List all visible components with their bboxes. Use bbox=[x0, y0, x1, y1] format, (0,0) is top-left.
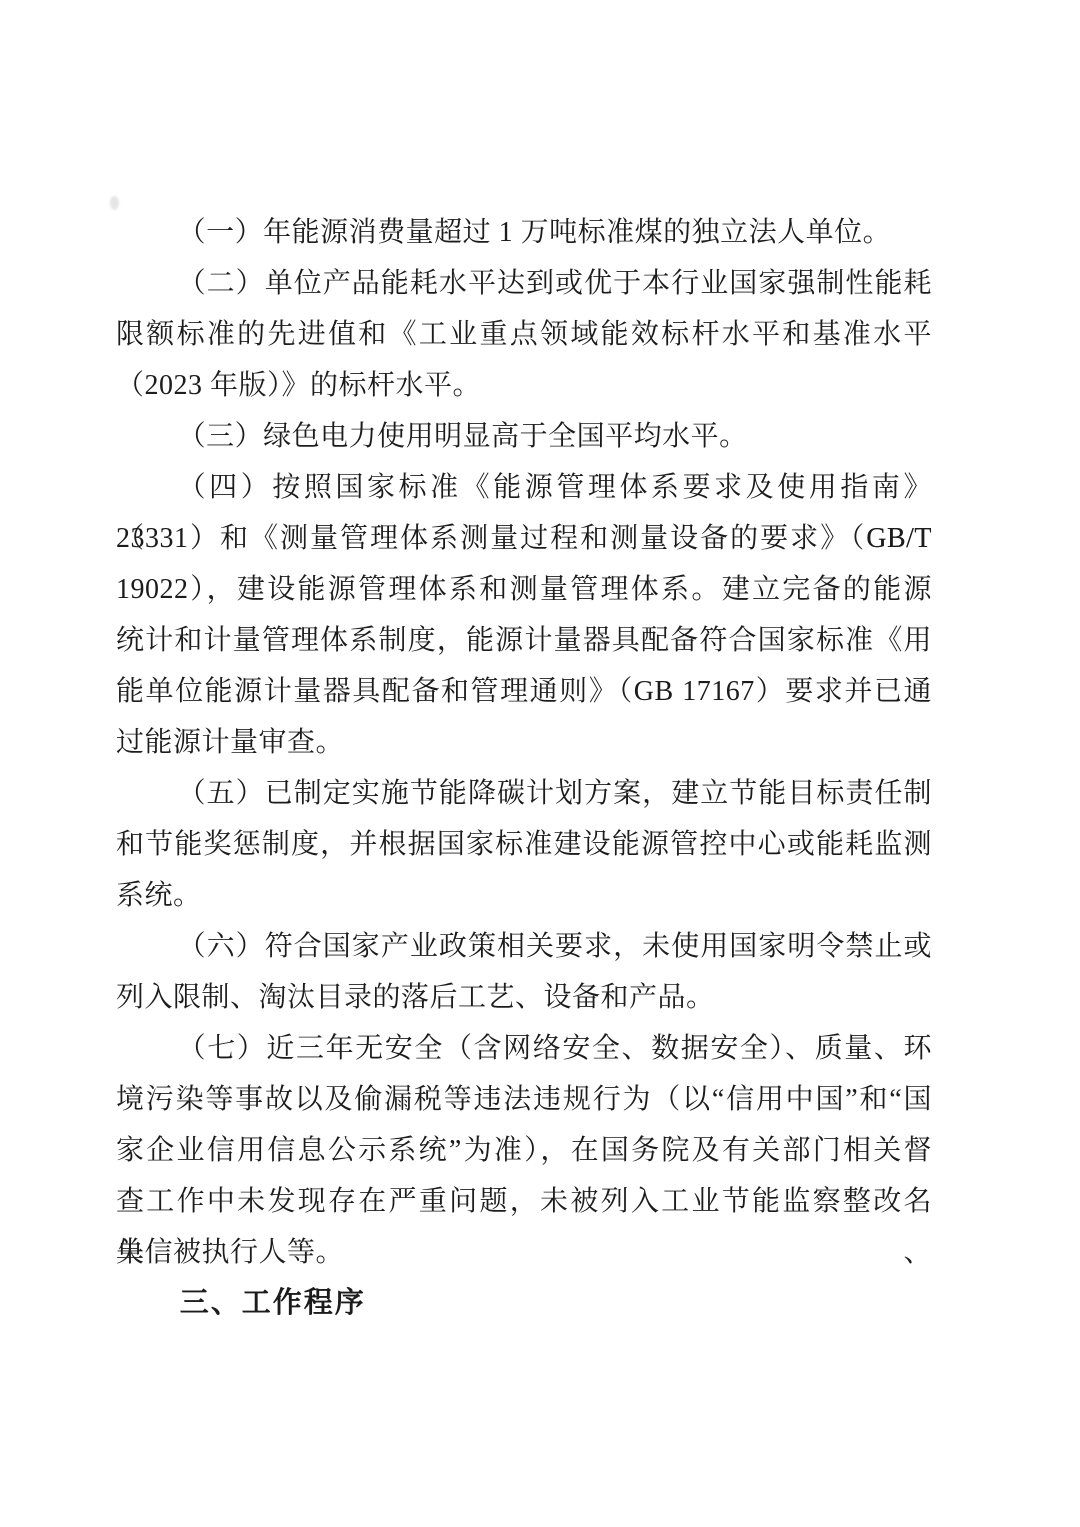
text-line: （六）符合国家产业政策相关要求，未使用国家明令禁止或 bbox=[116, 921, 932, 972]
text-line: （五）已制定实施节能降碳计划方案，建立节能目标责任制 bbox=[116, 768, 932, 819]
document-body: （一）年能源消费量超过 1 万吨标准煤的独立法人单位。 （二）单位产品能耗水平达… bbox=[116, 207, 932, 1329]
text-line: 列入限制、淘汰目录的落后工艺、设备和产品。 bbox=[116, 972, 932, 1023]
text-line: （2023 年版）》的标杆水平。 bbox=[116, 360, 932, 411]
paragraph-item-1: （一）年能源消费量超过 1 万吨标准煤的独立法人单位。 bbox=[116, 207, 932, 258]
text-line: （七）近三年无安全（含网络安全、数据安全）、质量、环 bbox=[116, 1023, 932, 1074]
paragraph-item-3: （三）绿色电力使用明显高于全国平均水平。 bbox=[116, 411, 932, 462]
paragraph-item-7: （七）近三年无安全（含网络安全、数据安全）、质量、环 境污染等事故以及偷漏税等违… bbox=[116, 1023, 932, 1278]
text-line: （三）绿色电力使用明显高于全国平均水平。 bbox=[116, 411, 932, 462]
text-line: 查工作中未发现存在严重问题，未被列入工业节能监察整改名单、 bbox=[116, 1176, 932, 1227]
paragraph-item-6: （六）符合国家产业政策相关要求，未使用国家明令禁止或 列入限制、淘汰目录的落后工… bbox=[116, 921, 932, 1023]
section-heading: 三、工作程序 bbox=[116, 1278, 932, 1329]
text-line: 和节能奖惩制度，并根据国家标准建设能源管控中心或能耗监测 bbox=[116, 819, 932, 870]
text-line: 系统。 bbox=[116, 870, 932, 921]
paragraph-item-5: （五）已制定实施节能降碳计划方案，建立节能目标责任制 和节能奖惩制度，并根据国家… bbox=[116, 768, 932, 921]
text-line: 23331）和《测量管理体系测量过程和测量设备的要求》（GB/T bbox=[116, 513, 932, 564]
text-line: 统计和计量管理体系制度，能源计量器具配备符合国家标准《用 bbox=[116, 615, 932, 666]
text-line: 能单位能源计量器具配备和管理通则》（GB 17167）要求并已通 bbox=[116, 666, 932, 717]
text-line: 限额标准的先进值和《工业重点领域能效标杆水平和基准水平 bbox=[116, 309, 932, 360]
text-line: 过能源计量审查。 bbox=[116, 717, 932, 768]
section-heading-text: 三、工作程序 bbox=[116, 1278, 932, 1329]
paragraph-item-2: （二）单位产品能耗水平达到或优于本行业国家强制性能耗 限额标准的先进值和《工业重… bbox=[116, 258, 932, 411]
document-page: （一）年能源消费量超过 1 万吨标准煤的独立法人单位。 （二）单位产品能耗水平达… bbox=[0, 0, 1080, 1527]
text-line: 家企业信用信息公示系统”为准），在国务院及有关部门相关督 bbox=[116, 1125, 932, 1176]
text-line: （二）单位产品能耗水平达到或优于本行业国家强制性能耗 bbox=[116, 258, 932, 309]
text-line: （一）年能源消费量超过 1 万吨标准煤的独立法人单位。 bbox=[116, 207, 932, 258]
text-line: 境污染等事故以及偷漏税等违法违规行为（以“信用中国”和“国 bbox=[116, 1074, 932, 1125]
paragraph-item-4: （四）按照国家标准《能源管理体系要求及使用指南》（GB/T 23331）和《测量… bbox=[116, 462, 932, 768]
text-line: （四）按照国家标准《能源管理体系要求及使用指南》（GB/T bbox=[116, 462, 932, 513]
text-line: 19022），建设能源管理体系和测量管理体系。建立完备的能源 bbox=[116, 564, 932, 615]
